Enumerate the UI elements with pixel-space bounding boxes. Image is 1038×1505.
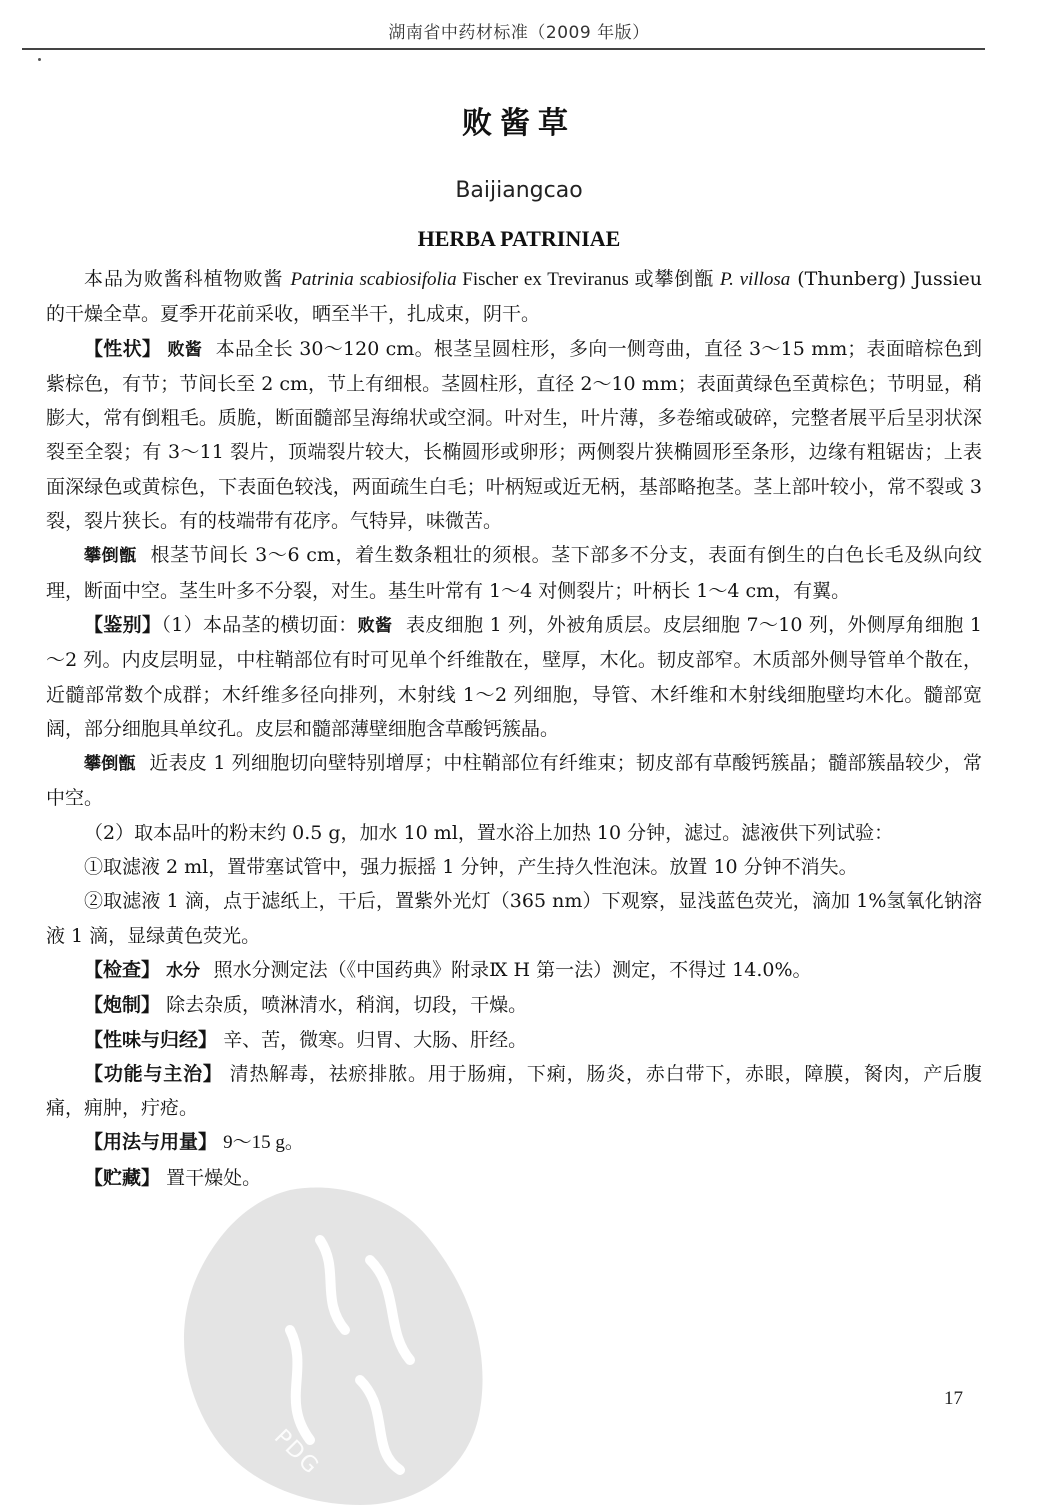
watermark-label: PDG: [269, 1425, 324, 1480]
section-text: 本品全长 30～120 cm。根茎呈圆柱形，多向一侧弯曲，直径 3～15 mm；…: [46, 338, 982, 532]
title-pinyin: Baijiangcao: [0, 178, 1038, 203]
section-text: 9～15 g。: [223, 1132, 304, 1153]
section-text: （1）本品茎的横切面：: [161, 614, 357, 636]
sub-label: 败酱: [168, 340, 203, 360]
latin-name-secondary: P. villosa: [720, 269, 790, 290]
monograph-body: 本品为败酱科植物败酱 Patrinia scabiosifolia Fische…: [46, 262, 982, 1195]
section-text: 辛、苦，微寒。归胃、大肠、肝经。: [223, 1029, 527, 1051]
section-xingwei: 【性味与归经】 辛、苦，微寒。归胃、大肠、肝经。: [46, 1023, 982, 1057]
page-title: 败酱草: [0, 98, 1038, 142]
section-label: 【功能与主治】: [84, 1063, 223, 1085]
watermark-seal-icon: [170, 1180, 500, 1505]
running-head: 湖南省中药材标准（2009 年版）: [0, 18, 1038, 43]
intro-paragraph: 本品为败酱科植物败酱 Patrinia scabiosifolia Fische…: [46, 262, 982, 332]
section-label: 【鉴别】: [84, 614, 161, 636]
section-label: 【性味与归经】: [84, 1029, 217, 1051]
latin-name-primary: Patrinia scabiosifolia: [290, 269, 456, 290]
sub-label: 水分: [166, 961, 200, 981]
section-text: 根茎节间长 3～6 cm，着生数条粗壮的须根。茎下部多不分支，表面有倒生的白色长…: [46, 544, 982, 601]
section-jianbie-variant: 攀倒甑近表皮 1 列细胞切向壁特别增厚；中柱鞘部位有纤维束；韧皮部有草酸钙簇晶；…: [46, 746, 982, 816]
section-label: 【检查】: [84, 959, 160, 981]
section-label: 【性状】: [84, 338, 161, 360]
intro-text: Fischer ex Treviranus 或攀倒甑: [457, 269, 720, 290]
section-label: 【贮藏】: [84, 1167, 160, 1189]
section-jianbie-test-1: ①取滤液 2 ml，置带塞试管中，强力振摇 1 分钟，产生持久性泡沫。放置 10…: [46, 850, 982, 884]
section-jiancha: 【检查】 水分照水分测定法（《中国药典》附录Ⅸ H 第一法）测定，不得过 14.…: [46, 953, 982, 988]
section-text: 照水分测定法（《中国药典》附录Ⅸ H 第一法）测定，不得过 14.0%。: [214, 959, 812, 981]
sub-label: 攀倒甑: [84, 546, 137, 566]
sub-label: 败酱: [358, 616, 393, 636]
section-text: 置干燥处。: [166, 1167, 261, 1189]
section-paozhi: 【炮制】 除去杂质，喷淋清水，稍润，切段，干燥。: [46, 988, 982, 1022]
section-xingzhuang: 【性状】 败酱本品全长 30～120 cm。根茎呈圆柱形，多向一侧弯曲，直径 3…: [46, 332, 982, 539]
section-text: 近表皮 1 列细胞切向壁特别增厚；中柱鞘部位有纤维束；韧皮部有草酸钙簇晶；髓部簇…: [46, 752, 982, 809]
page-number: 17: [944, 1388, 963, 1410]
intro-text: 本品为败酱科植物败酱: [84, 268, 290, 290]
sub-label: 攀倒甑: [84, 754, 136, 774]
section-zhucang: 【贮藏】 置干燥处。: [46, 1161, 982, 1195]
scan-speck: [38, 58, 41, 61]
section-yongfa: 【用法与用量】 9～15 g。: [46, 1125, 982, 1160]
header-rule: [22, 48, 985, 50]
section-label: 【炮制】: [84, 994, 160, 1016]
section-gongneng: 【功能与主治】 清热解毒，祛瘀排脓。用于肠痈，下痢，肠炎，赤白带下，赤眼，障膜，…: [46, 1057, 982, 1126]
section-jianbie-test-2: ②取滤液 1 滴，点于滤纸上，干后，置紫外光灯（365 nm）下观察，显浅蓝色荧…: [46, 884, 982, 953]
section-label: 【用法与用量】: [84, 1131, 217, 1153]
section-text: 除去杂质，喷淋清水，稍润，切段，干燥。: [166, 994, 527, 1016]
title-latin: HERBA PATRINIAE: [0, 226, 1038, 252]
section-xingzhuang-variant: 攀倒甑根茎节间长 3～6 cm，着生数条粗壮的须根。茎下部多不分支，表面有倒生的…: [46, 538, 982, 608]
section-jianbie: 【鉴别】（1）本品茎的横切面：败酱表皮细胞 1 列，外被角质层。皮层细胞 7～1…: [46, 608, 982, 746]
section-jianbie-test: （2）取本品叶的粉末约 0.5 g，加水 10 ml，置水浴上加热 10 分钟，…: [46, 816, 982, 850]
